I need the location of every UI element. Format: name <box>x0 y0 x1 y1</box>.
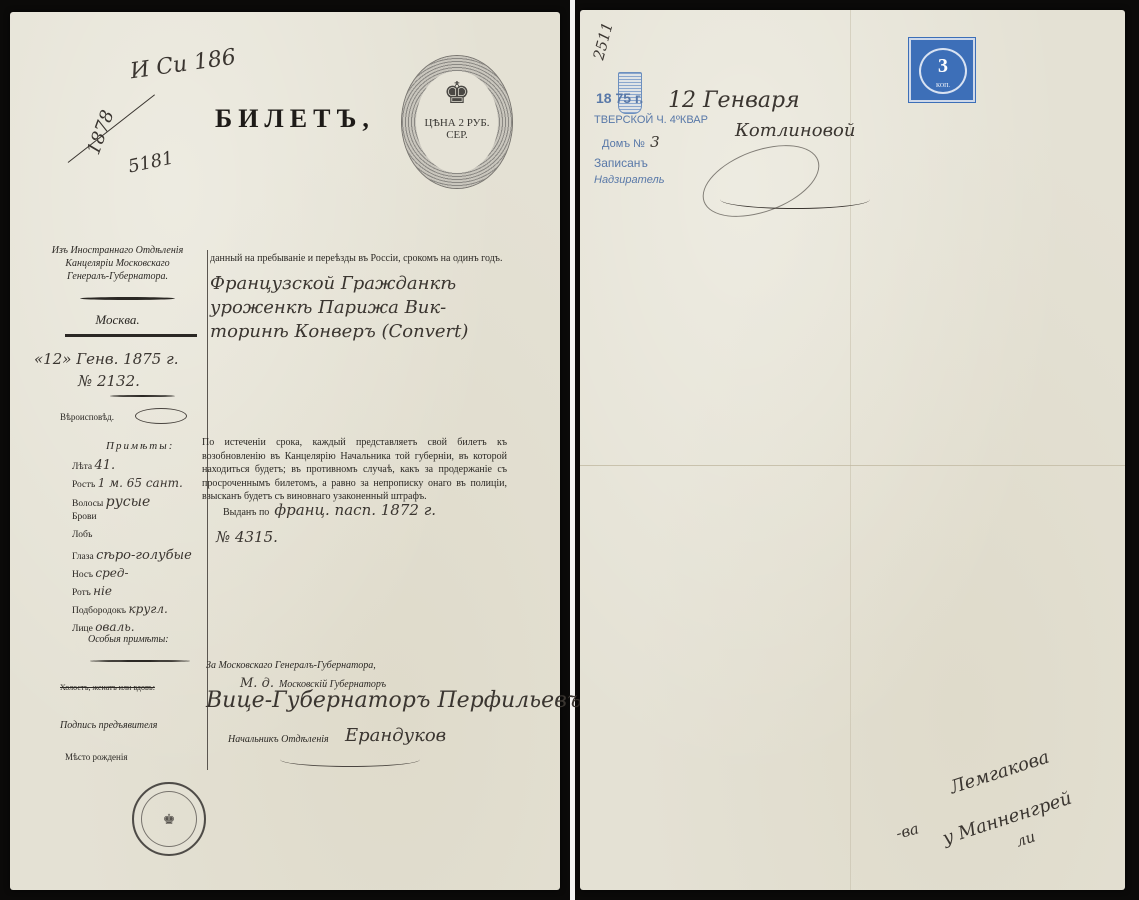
official-signature-flourish <box>693 131 829 231</box>
issued-value: франц. пасп. 1872 г. <box>274 501 436 519</box>
issued-line: Выданъ по франц. пасп. 1872 г. <box>223 500 436 519</box>
registration-district: ТВЕРСКОЙ Ч. 4ºКВАР <box>594 114 708 126</box>
bottom-note-line-4: ли <box>1014 827 1038 850</box>
issue-date: «12» Генв. 1875 г. <box>34 350 178 368</box>
holder-line-2: уроженкѣ Парижа Вик- <box>210 296 550 320</box>
official-seal: ♚ <box>132 782 206 856</box>
authority-line-1: За Московскаго Генералъ-Губернатора, <box>206 660 376 671</box>
stamp-price: ЦѢНА 2 РУБ. <box>416 117 498 129</box>
divider-bar <box>65 334 197 337</box>
issuer-line-1: Изъ Иностраннаго Отдѣленія <box>30 244 205 257</box>
religion-label: Вѣроисповѣд. <box>60 412 114 422</box>
stamp-price-unit: СЕР. <box>416 129 498 141</box>
special-marks-line <box>90 660 190 662</box>
holder-line-1: Французской Гражданкѣ <box>210 272 550 296</box>
corner-number: 2511 <box>589 20 616 62</box>
issued-label: Выданъ по <box>223 507 269 518</box>
handwritten-name: Котлиновой <box>735 120 856 141</box>
marital-status-label: Холостъ, женатъ или вдовъ: <box>60 683 155 692</box>
registration-officer: Надзиратель <box>594 174 665 186</box>
feature-row: Волосы русые <box>72 494 202 512</box>
feature-row: Лобъ <box>72 530 202 548</box>
header-text: данный на пребываніе и переѣзды въ Россі… <box>210 252 540 265</box>
features-list: Лѣта 41. Ростъ 1 м. 65 сант. Волосы русы… <box>72 458 202 638</box>
feature-row: Ростъ 1 м. 65 сант. <box>72 476 202 494</box>
ticket-number: № 2132. <box>78 372 140 390</box>
margin-note-1878: 1878 <box>83 107 118 157</box>
feature-row: Носъ сред- <box>72 566 202 584</box>
bottom-note-line-3: -ва <box>894 819 921 842</box>
registration-year: 18 75 г. <box>596 90 643 106</box>
religion-scribble <box>135 408 187 424</box>
issuer-line-3: Генералъ-Губернатора. <box>30 270 205 283</box>
right-page-reverse: 2511 18 75 г. ТВЕРСКОЙ Ч. 4ºКВАР Домъ № … <box>580 10 1125 890</box>
feature-row: Ротъ ніе <box>72 584 202 602</box>
bottom-note-line-2: у Манненгрей <box>940 788 1074 850</box>
signature-underline <box>720 190 870 209</box>
document-title: БИЛЕТЪ, <box>215 104 375 134</box>
feature-row: Подбородокъ кругл. <box>72 602 202 620</box>
feature-row: Брови <box>72 512 202 530</box>
holder-signature-label: Подпись предъявителя <box>60 720 157 731</box>
fold-line-vertical <box>850 10 851 890</box>
feature-row: Глаза сѣро-голубые <box>72 548 202 566</box>
rules-text: По истеченіи срока, каждый представляетъ… <box>202 436 507 504</box>
postage-unit: КОП. <box>921 82 965 90</box>
features-heading: Примѣты: <box>106 440 174 452</box>
left-page-ticket: 1878 И Си 186 5181 БИЛЕТЪ, ♚ ЦѢНА 2 РУБ.… <box>10 12 560 890</box>
feature-row: Лѣта 41. <box>72 458 202 476</box>
postage-stamp: 3 КОП. <box>909 38 975 102</box>
ornament-swash <box>80 297 175 300</box>
margin-note-5181: 5181 <box>126 147 175 177</box>
bottom-note-line-1: Лемгакова <box>947 747 1052 799</box>
eagle-seal-icon: ♚ <box>134 812 204 828</box>
signature-flourish <box>280 752 420 767</box>
house-value: 3 <box>650 133 660 151</box>
handwritten-date: 12 Генваря <box>668 88 800 113</box>
vice-governor-signature: Вице-Губернаторъ Перфильевъ <box>206 688 582 713</box>
birthplace-label: Мѣсто рожденія <box>65 752 127 762</box>
holder-line-3: торинѣ Конверъ (Convert) <box>210 320 550 344</box>
double-headed-eagle-icon: ♚ <box>416 79 498 109</box>
postage-value: 3 <box>938 55 948 77</box>
dept-head-label: Начальникъ Отдѣленія <box>228 734 329 745</box>
margin-note-top: И Си 186 <box>129 45 238 85</box>
revenue-stamp: ♚ ЦѢНА 2 РУБ. СЕР. <box>402 56 512 188</box>
issued-number: № 4315. <box>216 528 278 546</box>
registration-house: Домъ № 3 <box>602 132 660 151</box>
issuer-block: Изъ Иностраннаго Отдѣленія Канцеляріи Мо… <box>30 244 205 283</box>
ornament-swash-2 <box>110 395 175 397</box>
registration-recorded: Записанъ <box>594 156 648 170</box>
special-marks-label: Особыя примѣты: <box>88 634 169 645</box>
dept-head-signature: Ерандуков <box>345 725 446 746</box>
house-label: Домъ № <box>602 138 645 150</box>
city-label: Москва. <box>30 312 205 328</box>
page-gutter <box>570 0 575 900</box>
fold-line-horizontal <box>580 465 1125 466</box>
issuer-line-2: Канцеляріи Московскаго <box>30 257 205 270</box>
holder-description: Французской Гражданкѣ уроженкѣ Парижа Ви… <box>210 272 550 344</box>
